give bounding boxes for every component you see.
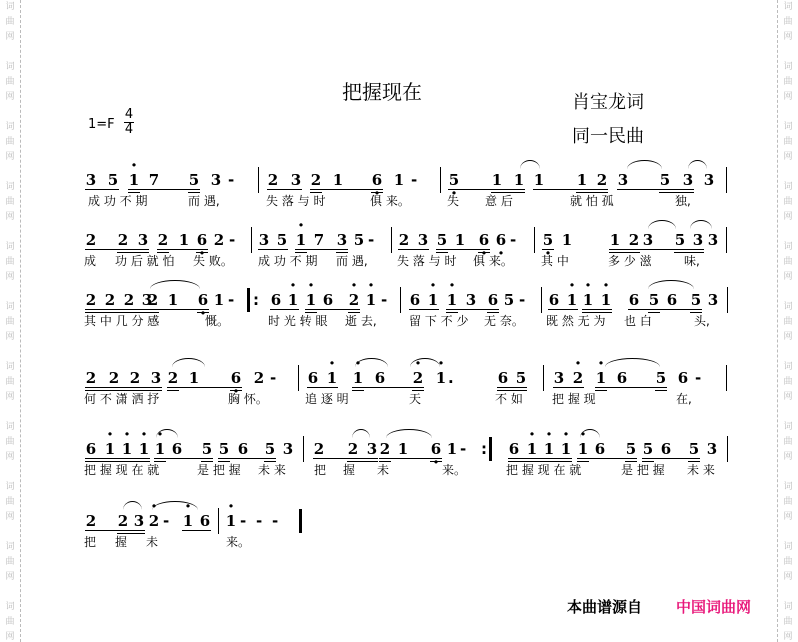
note: 3: [617, 172, 629, 188]
note: 1: [543, 441, 555, 457]
note: 2: [85, 292, 97, 308]
lyric-text: 成 功 不 期: [88, 192, 147, 209]
watermark-group: 词曲网: [0, 600, 20, 642]
barline: [218, 508, 219, 534]
note: 1: [182, 513, 194, 529]
thick-barline: [489, 437, 492, 461]
note: 1: [566, 292, 578, 308]
source-label: 本曲谱源自: [567, 596, 642, 617]
lyric-text: 失 败。: [193, 252, 233, 269]
note: 1: [326, 370, 338, 386]
note: 1: [560, 441, 572, 457]
lyric-text: 握: [343, 461, 355, 478]
underline: [295, 249, 307, 250]
lyric-text: 是 把 握: [197, 461, 241, 478]
note: 2: [379, 441, 391, 457]
lyric-text: 来。: [442, 461, 466, 478]
barline: [534, 227, 535, 253]
note: 2: [310, 172, 322, 188]
note: 5: [515, 370, 527, 386]
lyric-text: 在,: [676, 390, 692, 407]
barline: [391, 227, 392, 253]
underline: [230, 387, 242, 388]
lyric-text: 把: [84, 533, 96, 550]
note: 6: [230, 370, 242, 386]
dash: -: [256, 513, 262, 529]
lyric-text: 功 后 就 怕: [115, 252, 174, 269]
lyric-text: 天: [409, 390, 421, 407]
slur: [150, 280, 200, 289]
lyric-text: 味,: [684, 252, 700, 269]
slur: [648, 220, 676, 229]
note: 3: [282, 441, 294, 457]
lyric-text: 来。: [226, 533, 250, 550]
note: 1: [352, 370, 364, 386]
note: 5: [648, 292, 660, 308]
underline: [430, 461, 442, 462]
watermark-group: 词曲网: [778, 120, 798, 165]
underline: [478, 249, 490, 250]
lyric-text: 留 下 不 少: [409, 312, 468, 329]
watermark-right: 词曲网词曲网词曲网词曲网词曲网词曲网词曲网词曲网词曲网词曲网词曲网: [777, 0, 798, 642]
barline: [440, 167, 441, 193]
note: 5: [503, 292, 515, 308]
note: 5: [659, 172, 671, 188]
note: 2: [85, 232, 97, 248]
slur: [627, 160, 662, 169]
note: 5: [188, 172, 200, 188]
underline: [197, 309, 209, 310]
lyric-text: 既 然 无 为: [546, 312, 605, 329]
note: 5: [201, 441, 213, 457]
note: 1: [533, 172, 545, 188]
underline: [548, 309, 578, 310]
note: 2: [117, 513, 129, 529]
note: 2: [348, 292, 360, 308]
underline: [196, 249, 208, 250]
note: 6: [478, 232, 490, 248]
note: 6: [594, 441, 606, 457]
note: 3: [703, 172, 715, 188]
underline: [577, 458, 589, 459]
slur: [580, 429, 600, 438]
watermark-group: 词曲网: [778, 240, 798, 285]
note: 5: [448, 172, 460, 188]
lyric-text: 把: [314, 461, 326, 478]
underline: [412, 387, 424, 388]
thick-barline: [299, 509, 302, 533]
dash: -: [240, 513, 246, 529]
note: 1: [393, 172, 405, 188]
note: 3: [682, 172, 694, 188]
lyric-text: 而 遇,: [188, 192, 220, 209]
note: 1: [213, 292, 225, 308]
lyric-text: 未 来: [258, 461, 286, 478]
watermark-group: 词曲网: [778, 540, 798, 585]
note: 2: [398, 232, 410, 248]
note: 1: [104, 441, 116, 457]
note: 2: [167, 370, 179, 386]
watermark-group: 词曲网: [778, 480, 798, 525]
barline: [298, 365, 299, 391]
underline: [674, 249, 704, 250]
lyric-text: 追 逐 明: [305, 390, 349, 407]
lyric-text: 成: [84, 252, 96, 269]
watermark-group: 词曲网: [778, 180, 798, 225]
underline: [446, 309, 458, 310]
note: 2: [117, 232, 129, 248]
underline: [436, 249, 448, 250]
note: 1: [446, 441, 458, 457]
note: 3: [417, 232, 429, 248]
lyric-text: 慨。: [205, 312, 229, 329]
note: 2: [129, 370, 141, 386]
watermark-group: 词曲网: [0, 540, 20, 585]
note: 6: [237, 441, 249, 457]
note: 1: [609, 232, 621, 248]
lyric-text: 胸 怀。: [228, 390, 268, 407]
dash: -: [272, 513, 278, 529]
repeat-dots: .: [448, 370, 454, 386]
repeat-dots: :: [481, 441, 487, 457]
underline: [371, 189, 383, 190]
lyric-text: 无 奈。: [484, 312, 524, 329]
note: 1: [128, 172, 140, 188]
underline: [188, 189, 200, 190]
lyric-text: 就 怕 孤: [570, 192, 614, 209]
note: 2: [213, 232, 225, 248]
note: 2: [347, 441, 359, 457]
underline: [167, 390, 179, 391]
underline: [690, 309, 702, 310]
lyric-text: 把 握 现 在 就: [84, 461, 159, 478]
underline: [542, 249, 554, 250]
underline: [267, 189, 302, 190]
note: 1: [491, 172, 503, 188]
lyric-text: 而 遇,: [336, 252, 368, 269]
note: 3: [210, 172, 222, 188]
watermark-group: 词曲网: [0, 300, 20, 345]
lyric-text: 头,: [694, 312, 710, 329]
underline: [307, 387, 338, 388]
underline: [642, 458, 654, 459]
barline: [726, 167, 727, 193]
note: 2: [412, 370, 424, 386]
note: 3: [258, 232, 270, 248]
time-signature-bottom: 4: [124, 122, 134, 137]
underline: [264, 458, 276, 459]
note: 1: [582, 292, 594, 308]
lyric-text: 何 不 潇 洒 抒: [84, 390, 159, 407]
slur: [123, 501, 142, 510]
note: 3: [707, 232, 719, 248]
note: 1: [595, 370, 607, 386]
note: 2: [123, 292, 135, 308]
barline: [251, 227, 252, 253]
slur: [352, 429, 370, 438]
barline: [541, 287, 542, 313]
slur: [355, 358, 388, 367]
lyric-text: 是 把 握: [621, 461, 665, 478]
barline: [258, 167, 259, 193]
note: 1: [435, 370, 447, 386]
note: 1: [138, 441, 150, 457]
note: 6: [497, 370, 509, 386]
note: 3: [465, 292, 477, 308]
dash: -: [695, 370, 701, 386]
underline: [258, 249, 288, 250]
lyric-text: 未: [377, 461, 389, 478]
underline: [85, 387, 162, 388]
site-link[interactable]: 中国词曲网: [676, 596, 751, 617]
note: 6: [430, 441, 442, 457]
note: 5: [542, 232, 554, 248]
dash: -: [411, 172, 417, 188]
underline: [491, 189, 525, 190]
underline: [218, 458, 230, 459]
note: 6: [197, 292, 209, 308]
note: 3: [707, 292, 719, 308]
watermark-group: 词曲网: [0, 360, 20, 405]
note: 6: [371, 172, 383, 188]
lyric-text: 其 中 几 分 感: [84, 312, 159, 329]
note: 6: [616, 370, 628, 386]
lyric-text: 俱 来。: [370, 192, 410, 209]
lyric-text: 不 如: [495, 390, 523, 407]
underline: [576, 189, 608, 190]
note: 6: [660, 441, 672, 457]
dash: -: [270, 370, 276, 386]
dash: -: [381, 292, 387, 308]
note: 3: [553, 370, 565, 386]
note: 5: [264, 441, 276, 457]
underline: [117, 530, 145, 531]
note: 6: [666, 292, 678, 308]
barline: [400, 287, 401, 313]
lyric-text: 时 光 转 眼: [268, 312, 327, 329]
note: 6: [171, 441, 183, 457]
dash: -: [228, 172, 234, 188]
watermark-group: 词曲网: [778, 420, 798, 465]
note: 1: [188, 370, 200, 386]
song-title: 把握现在: [342, 76, 422, 105]
note: 1: [365, 292, 377, 308]
underline: [128, 189, 140, 190]
note: 6: [322, 292, 334, 308]
underline: [348, 309, 360, 310]
note: 2: [313, 441, 325, 457]
watermark-group: 词曲网: [0, 480, 20, 525]
lyric-text: 把 握 现 在 就: [506, 461, 581, 478]
watermark-group: 词曲网: [0, 120, 20, 165]
note: 5: [353, 232, 365, 248]
watermark-group: 词曲网: [778, 0, 798, 45]
note: 1: [178, 232, 190, 248]
note: 1: [454, 232, 466, 248]
slur: [386, 429, 432, 438]
note: 1: [167, 292, 179, 308]
note: 1: [446, 292, 458, 308]
note: 6: [677, 370, 689, 386]
dash: -: [519, 292, 525, 308]
lyric-text: 把 握 现: [552, 390, 596, 407]
slur: [605, 358, 660, 367]
note: 3: [692, 232, 704, 248]
watermark-group: 词曲网: [0, 240, 20, 285]
underline: [310, 189, 322, 190]
note: 2: [157, 232, 169, 248]
dash: -: [229, 232, 235, 248]
note: 1: [576, 172, 588, 188]
lyric-text: 独,: [675, 192, 691, 209]
barline: [727, 287, 728, 313]
note: 1: [154, 441, 166, 457]
note: 7: [148, 172, 160, 188]
underline: [352, 387, 364, 388]
thick-barline: [247, 288, 250, 312]
lyric-text: 失 落 与 时: [397, 252, 456, 269]
lyric-text: 未 来: [687, 461, 715, 478]
underline: [553, 387, 584, 388]
note: 2: [85, 370, 97, 386]
underline: [305, 309, 317, 310]
underline: [347, 458, 378, 459]
dash: -: [368, 232, 374, 248]
underline: [85, 309, 153, 310]
note: 1: [513, 172, 525, 188]
note: 5: [107, 172, 119, 188]
note: 1: [600, 292, 612, 308]
note: 5: [690, 292, 702, 308]
dash: -: [163, 513, 169, 529]
barline: [303, 436, 304, 462]
underline: [157, 249, 169, 250]
watermark-group: 词曲网: [0, 0, 20, 45]
time-signature-top: 4: [124, 108, 134, 122]
watermark-group: 词曲网: [778, 60, 798, 105]
note: 5: [218, 441, 230, 457]
dash: -: [228, 292, 234, 308]
note: 3: [133, 513, 145, 529]
underline: [201, 458, 213, 459]
repeat-dots: :: [253, 292, 259, 308]
underline: [688, 458, 700, 459]
underline: [487, 309, 499, 310]
note: 1: [561, 232, 573, 248]
note: 3: [137, 232, 149, 248]
underline: [609, 249, 640, 250]
time-signature: 4 4: [124, 108, 134, 137]
watermark-left: 词曲网词曲网词曲网词曲网词曲网词曲网词曲网词曲网词曲网词曲网词曲网: [0, 0, 21, 642]
note: 6: [307, 370, 319, 386]
note: 3: [706, 441, 718, 457]
note: 3: [366, 441, 378, 457]
watermark-group: 词曲网: [0, 60, 20, 105]
underline: [154, 458, 166, 459]
lyric-text: 失: [447, 192, 459, 209]
underline: [582, 309, 612, 310]
watermark-group: 词曲网: [0, 180, 20, 225]
note: 7: [313, 232, 325, 248]
lyric-text: 失 落 与 时: [266, 192, 325, 209]
watermark-group: 词曲网: [778, 360, 798, 405]
lyric-text: 意 后: [485, 192, 513, 209]
lyric-text: 未: [146, 533, 158, 550]
note: 6: [628, 292, 640, 308]
composer-credit: 同一民曲: [572, 122, 644, 148]
watermark-group: 词曲网: [0, 420, 20, 465]
underline: [352, 390, 364, 391]
note: 5: [674, 232, 686, 248]
underline: [508, 458, 572, 459]
underline: [167, 387, 179, 388]
lyric-text: 逝 去,: [345, 312, 377, 329]
note: 2: [253, 370, 265, 386]
note: 6: [270, 292, 282, 308]
underline: [655, 387, 667, 388]
underline: [270, 309, 299, 310]
underline: [147, 309, 159, 310]
note: 6: [196, 232, 208, 248]
note: 5: [625, 441, 637, 457]
note: 2: [147, 292, 159, 308]
note: 5: [655, 370, 667, 386]
note: 2: [596, 172, 608, 188]
barline: [726, 365, 727, 391]
note: 5: [436, 232, 448, 248]
key-signature: 1=F: [88, 117, 115, 132]
note: 6: [508, 441, 520, 457]
note: 2: [148, 513, 160, 529]
underline: [625, 458, 637, 459]
note: 3: [150, 370, 162, 386]
underline: [409, 309, 439, 310]
underline: [85, 189, 119, 190]
watermark-group: 词曲网: [778, 300, 798, 345]
note: 1: [427, 292, 439, 308]
barline: [543, 365, 544, 391]
note: 1: [287, 292, 299, 308]
note: 1: [577, 441, 589, 457]
lyric-text: 握: [115, 533, 127, 550]
note: 2: [572, 370, 584, 386]
note: 1: [305, 292, 317, 308]
note: 3: [85, 172, 97, 188]
lyricist-credit: 肖宝龙词: [572, 88, 644, 114]
slur: [648, 280, 694, 289]
note: 6: [85, 441, 97, 457]
note: 6: [495, 232, 507, 248]
note: 3: [336, 232, 348, 248]
note: 2: [85, 513, 97, 529]
note: 2: [108, 370, 120, 386]
underline: [430, 458, 442, 459]
note: 5: [642, 441, 654, 457]
slur: [156, 429, 178, 438]
underline: [336, 249, 348, 250]
underline: [595, 390, 607, 391]
underline: [655, 390, 667, 391]
underline: [595, 387, 607, 388]
note: 6: [487, 292, 499, 308]
note: 5: [276, 232, 288, 248]
note: 6: [199, 513, 211, 529]
note: 1: [397, 441, 409, 457]
note: 6: [374, 370, 386, 386]
underline: [648, 309, 660, 310]
lyric-text: 也 白: [624, 312, 652, 329]
note: 3: [290, 172, 302, 188]
